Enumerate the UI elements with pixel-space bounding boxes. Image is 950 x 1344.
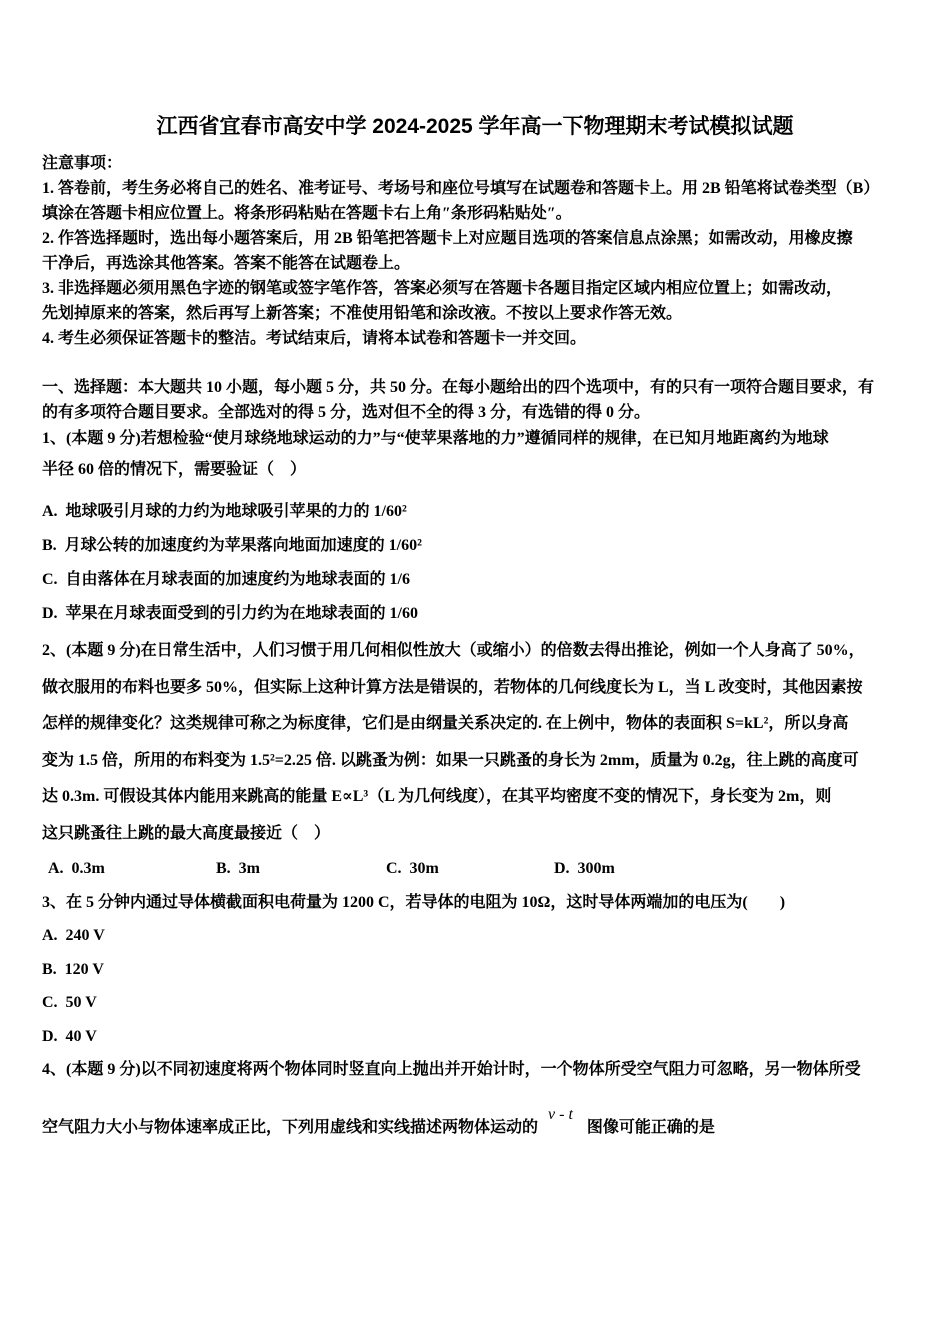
question-2-stem-line-6: 这只跳蚤往上跳的最大高度最接近（ ） <box>42 816 909 853</box>
notice-line-1: 1. 答卷前，考生务必将自己的姓名、准考证号、考场号和座位号填写在试题卷和答题卡… <box>42 176 909 201</box>
notice-line-4: 4. 考生必须保证答题卡的整洁。考试结束后，请将本试卷和答题卡一并交回。 <box>42 326 909 351</box>
question-1-stem-line-2: 半径 60 倍的情况下，需要验证（ ） <box>42 453 909 487</box>
question-4-stem-line-2-after: 图像可能正确的是 <box>587 1119 715 1136</box>
question-2-stem-line-1: 2、(本题 9 分)在日常生活中，人们习惯于用几何相似性放大（或缩小）的倍数去得… <box>42 633 909 670</box>
section-1-heading-line-2: 的有多项符合题目要求。全部选对的得 5 分，选对但不全的得 3 分，有选错的得 … <box>42 400 909 425</box>
question-4-stem-line-1: 4、(本题 9 分)以不同初速度将两个物体同时竖直向上抛出并开始计时，一个物体所… <box>42 1053 909 1087</box>
notice-line-3: 3. 非选择题必须用黑色字迹的钢笔或签字笔作答，答案必须写在答题卡各题目指定区域… <box>42 276 909 301</box>
exam-body: 注意事项： 1. 答卷前，考生务必将自己的姓名、准考证号、考场号和座位号填写在试… <box>0 151 950 1145</box>
question-4-stem-line-2-before: 空气阻力大小与物体速率成正比，下列用虚线和实线描述两物体运动的 <box>42 1119 538 1136</box>
question-1-option-c: C. 自由落体在月球表面的加速度约为地球表面的 1/6 <box>42 563 909 597</box>
question-3-option-c: C. 50 V <box>42 986 909 1020</box>
notice-line-3-wrap: 先划掉原来的答案，然后再写上新答案；不准使用铅笔和涂改液。不按以上要求作答无效。 <box>42 301 909 326</box>
question-3-option-a: A. 240 V <box>42 919 909 953</box>
notice-line-2-wrap: 干净后，再选涂其他答案。答案不能答在试题卷上。 <box>42 251 909 276</box>
question-4-stem-line-2: 空气阻力大小与物体速率成正比，下列用虚线和实线描述两物体运动的v - t图像可能… <box>42 1111 909 1145</box>
question-1-options: A. 地球吸引月球的力约为地球吸引苹果的力的 1/60² B. 月球公转的加速度… <box>42 495 909 631</box>
question-3-option-d: D. 40 V <box>42 1020 909 1054</box>
section-1-heading-line-1: 一、选择题：本大题共 10 小题，每小题 5 分，共 50 分。在每小题给出的四… <box>42 375 909 400</box>
question-2-stem-line-2: 做衣服用的布料也要多 50%，但实际上这种计算方法是错误的，若物体的几何线度长为… <box>42 670 909 707</box>
notice-section: 注意事项： 1. 答卷前，考生务必将自己的姓名、准考证号、考场号和座位号填写在试… <box>42 151 909 351</box>
question-3-stem-line: 3、在 5 分钟内通过导体横截面积电荷量为 1200 C，若导体的电阻为 10Ω… <box>42 886 909 919</box>
question-1-stem-line-1: 1、(本题 9 分)若想检验“使月球绕地球运动的力”与“使苹果落地的力”遵循同样… <box>42 425 909 453</box>
exam-paper-page: 江西省宜春市高安中学 2024-2025 学年高一下物理期末考试模拟试题 注意事… <box>0 0 950 1344</box>
question-2-options-row: A. 0.3m B. 3m C. 30m D. 300m <box>42 852 909 886</box>
question-2-option-d: D. 300m <box>554 852 615 886</box>
question-3-stem: 3、在 5 分钟内通过导体横截面积电荷量为 1200 C，若导体的电阻为 10Ω… <box>42 886 909 919</box>
question-2-option-b: B. 3m <box>216 852 386 886</box>
question-3-option-b: B. 120 V <box>42 953 909 987</box>
question-2-stem: 2、(本题 9 分)在日常生活中，人们习惯于用几何相似性放大（或缩小）的倍数去得… <box>42 633 909 852</box>
question-1-stem: 1、(本题 9 分)若想检验“使月球绕地球运动的力”与“使苹果落地的力”遵循同样… <box>42 425 909 487</box>
question-2-stem-line-3: 怎样的规律变化？这类规律可称之为标度律，它们是由纲量关系决定的. 在上例中，物体… <box>42 706 909 743</box>
notice-line-2: 2. 作答选择题时，选出每小题答案后，用 2B 铅笔把答题卡上对应题目选项的答案… <box>42 226 909 251</box>
exam-title: 江西省宜春市高安中学 2024-2025 学年高一下物理期末考试模拟试题 <box>0 0 950 140</box>
question-2-option-c: C. 30m <box>386 852 554 886</box>
section-1-heading: 一、选择题：本大题共 10 小题，每小题 5 分，共 50 分。在每小题给出的四… <box>42 375 909 425</box>
notice-line-1-wrap: 填涂在答题卡相应位置上。将条形码粘贴在答题卡右上角″条形码粘贴处″。 <box>42 201 909 226</box>
question-3-options: A. 240 V B. 120 V C. 50 V D. 40 V <box>42 919 909 1053</box>
question-4-stem: 4、(本题 9 分)以不同初速度将两个物体同时竖直向上抛出并开始计时，一个物体所… <box>42 1053 909 1145</box>
question-2-option-a: A. 0.3m <box>48 852 216 886</box>
question-2-stem-line-5: 达 0.3m. 可假设其体内能用来跳高的能量 E∝L³（L 为几何线度），在其平… <box>42 779 909 816</box>
question-1-option-d: D. 苹果在月球表面受到的引力约为在地球表面的 1/60 <box>42 597 909 631</box>
question-2-stem-line-4: 变为 1.5 倍，所用的布料变为 1.5²=2.25 倍. 以跳蚤为例：如果一只… <box>42 743 909 780</box>
question-1-option-b: B. 月球公转的加速度约为苹果落向地面加速度的 1/60² <box>42 529 909 563</box>
notice-heading: 注意事项： <box>42 151 909 176</box>
question-1-option-a: A. 地球吸引月球的力约为地球吸引苹果的力的 1/60² <box>42 495 909 529</box>
v-t-formula: v - t <box>548 1106 573 1123</box>
